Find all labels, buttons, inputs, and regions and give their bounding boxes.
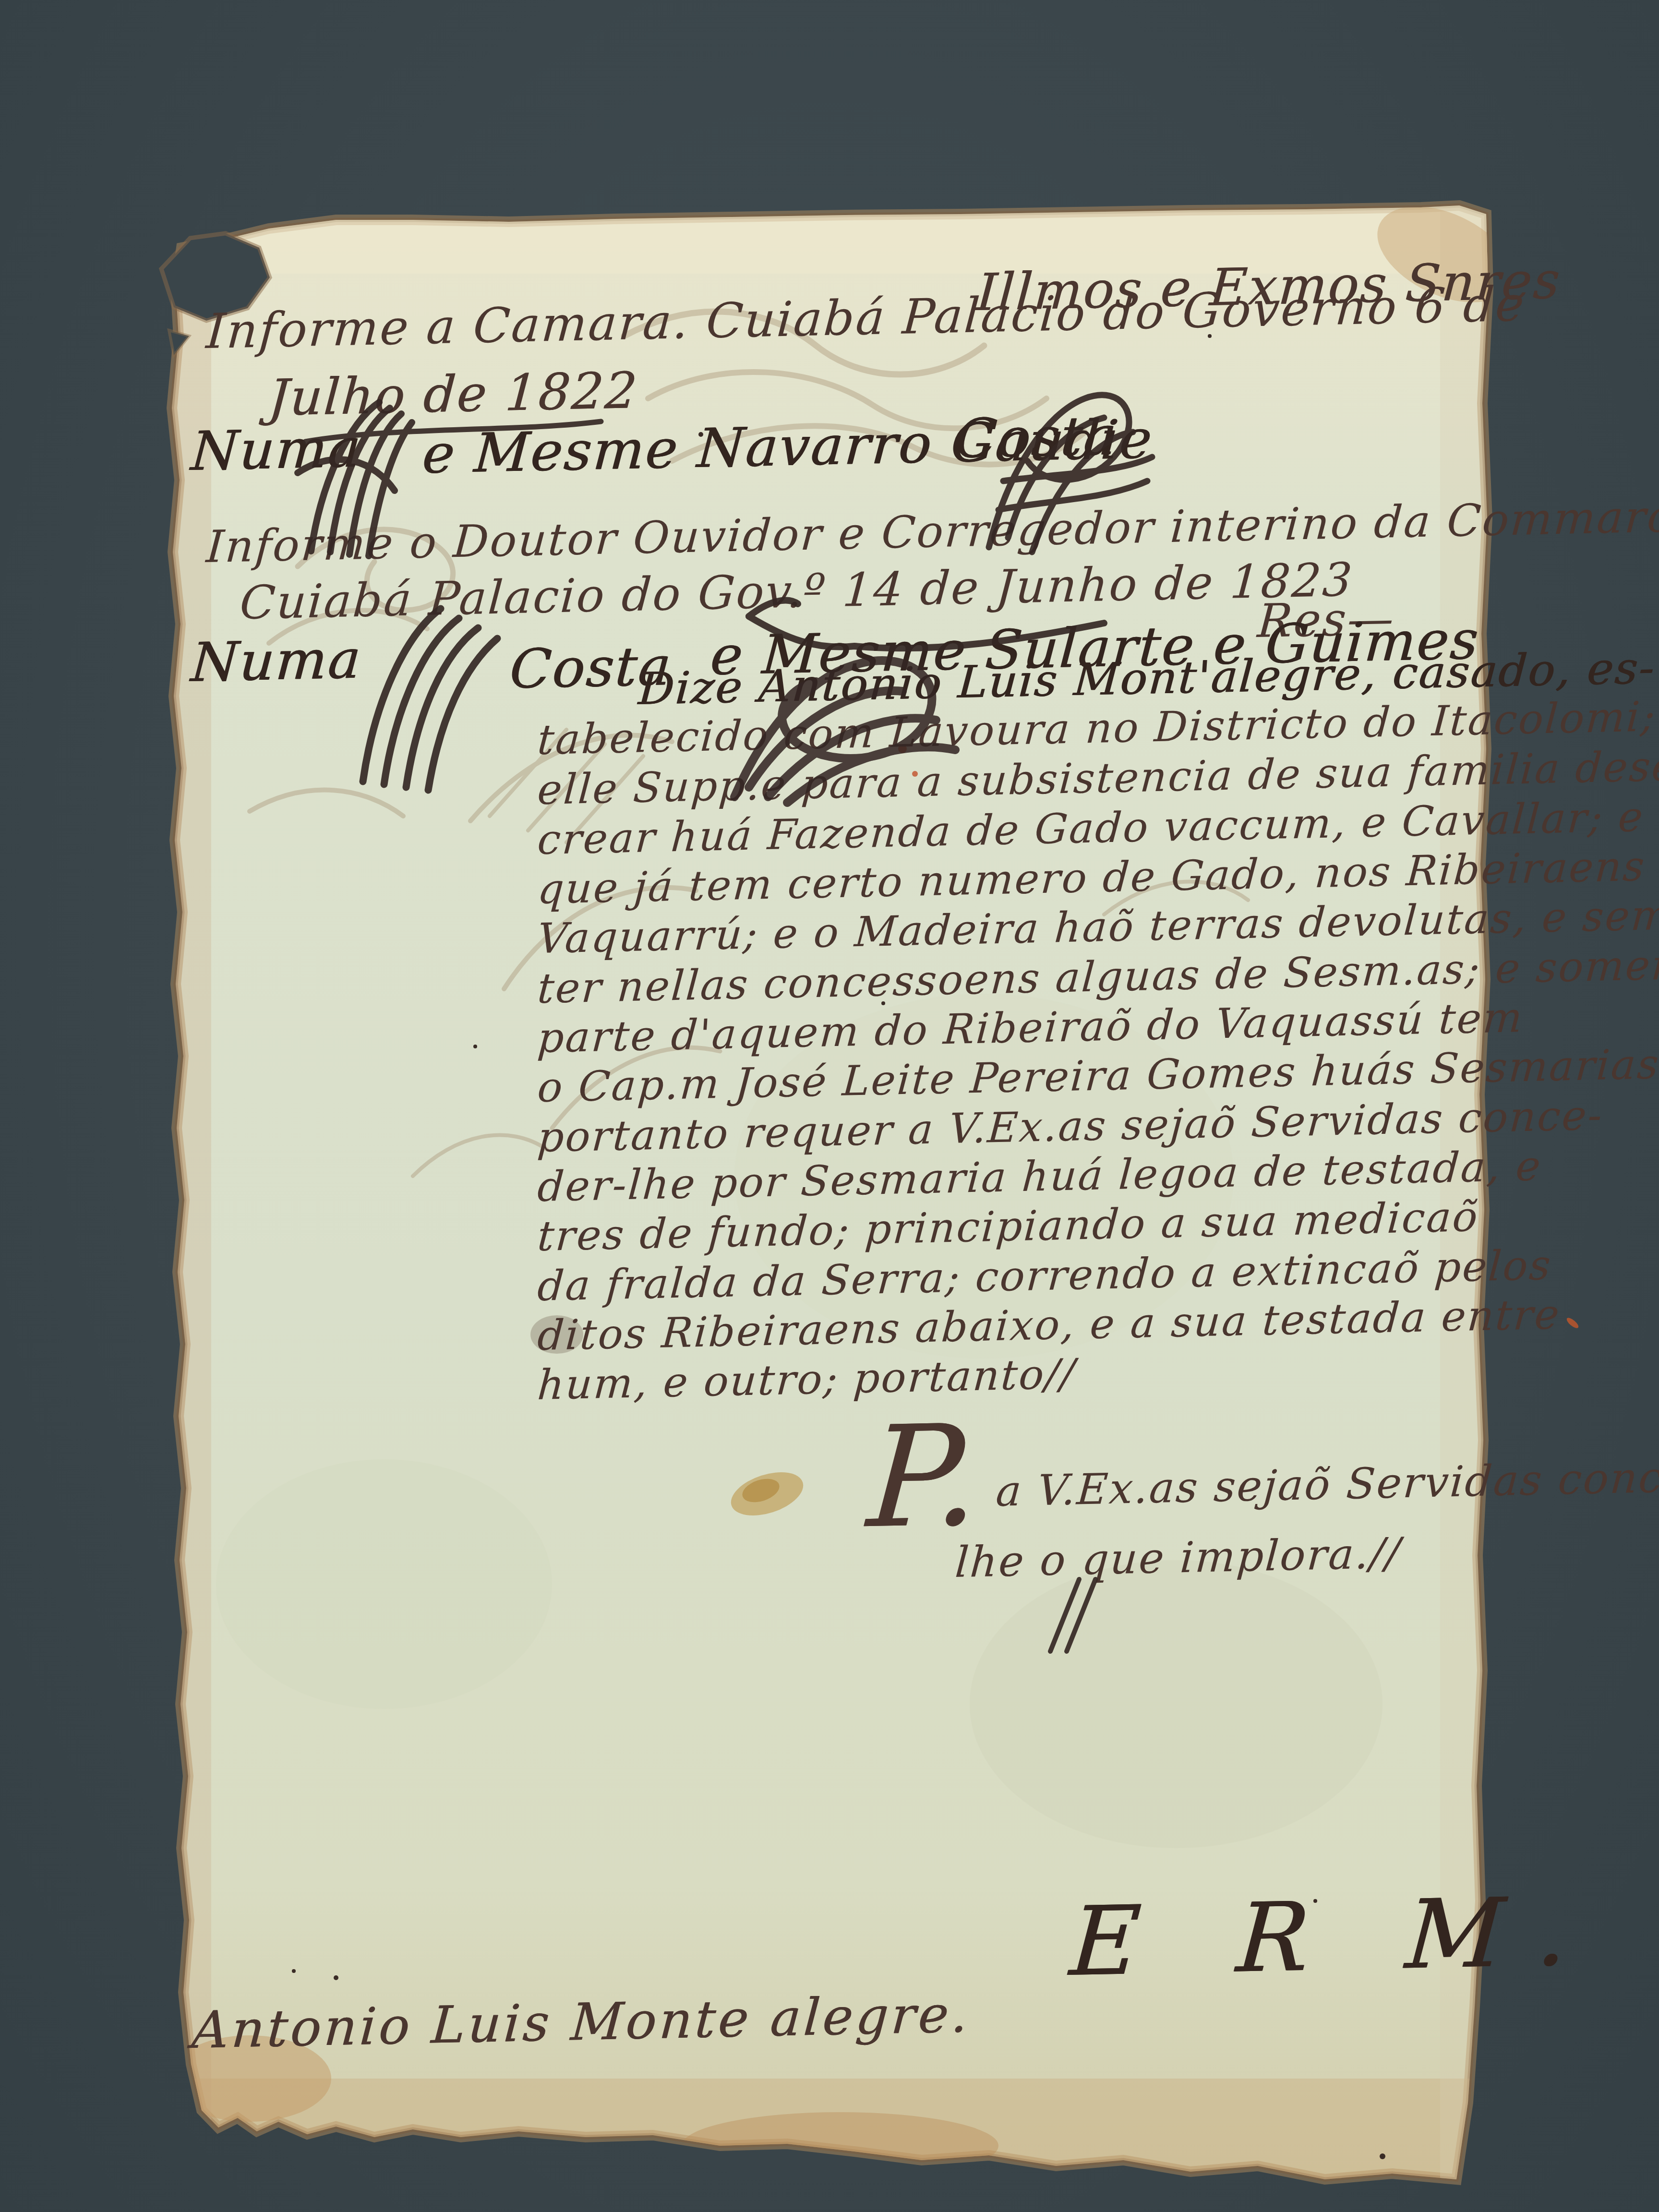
manuscript-text-layer: Illmos e Exmos Snres Informe a Camara. C… bbox=[0, 0, 1659, 2212]
manuscript-photo: Illmos e Exmos Snres Informe a Camara. C… bbox=[0, 0, 1659, 2212]
petition-line: hum, e outro; portanto// bbox=[536, 1350, 1078, 1409]
petitioner-signature: Antonio Luis Monte alegre. bbox=[190, 1984, 973, 2060]
request-initial-p: P. bbox=[864, 1407, 986, 1548]
despacho-1822-signature-numa: Numa bbox=[189, 417, 364, 483]
request-line2: lhe o que implora.// bbox=[954, 1528, 1403, 1587]
despacho-1823-line1: Informe o Doutor Ouvidor e Corregedor in… bbox=[204, 490, 1659, 573]
despacho-1823-signature-numa: Numa bbox=[189, 628, 364, 694]
closing-erm: E R M. bbox=[1067, 1875, 1604, 1998]
despacho-1822-signature-costa: Costa bbox=[953, 405, 1119, 470]
despacho-1822-line1: Informe a Camara. Cuiabá Palacio do Gove… bbox=[204, 276, 1527, 360]
request-line1: a V.Ex.as sejaõ Servidas conceder- bbox=[995, 1450, 1659, 1516]
